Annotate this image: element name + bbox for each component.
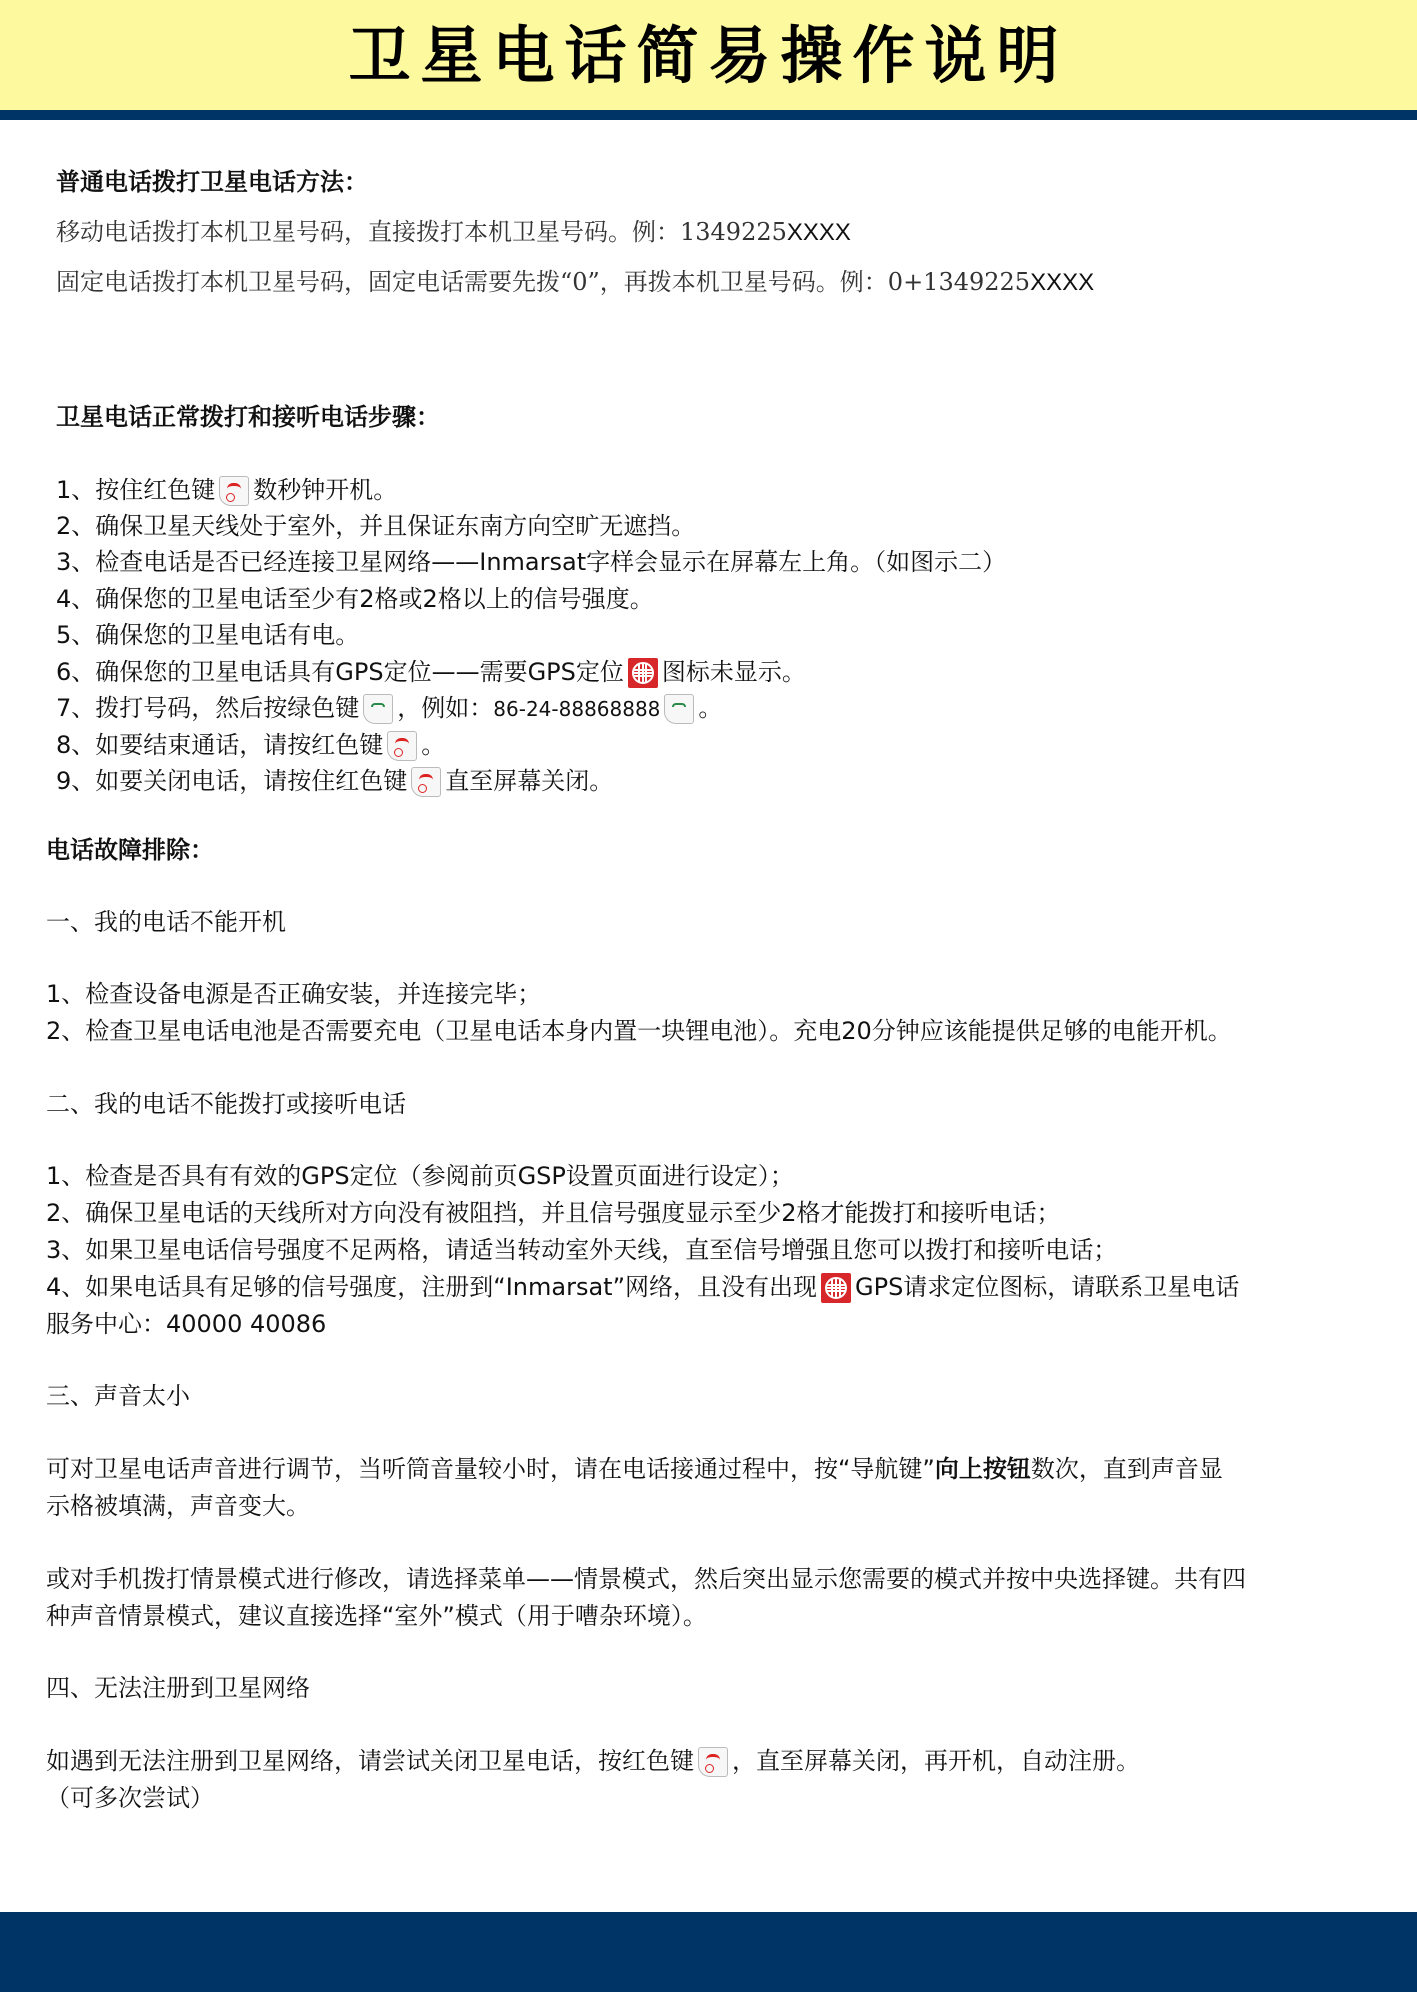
troubleshooting-heading: 电话故障排除： bbox=[46, 833, 214, 867]
section-2-title: 二、我的电话不能拨打或接听电话 bbox=[46, 1087, 406, 1121]
service-center-line: 服务中心：40000 40086 bbox=[46, 1307, 326, 1341]
step-8: 8、如要结束通话，请按红色键。 bbox=[56, 728, 445, 762]
section-2-item-3: 3、如果卫星电话信号强度不足两格，请适当转动室外天线，直至信号增强且您可以拨打和… bbox=[46, 1233, 1117, 1267]
step-3: 3、检查电话是否已经连接卫星网络——Inmarsat字样会显示在屏幕左上角。（如… bbox=[56, 545, 1006, 579]
mobile-dialing-text: 移动电话拨打本机卫星号码，直接拨打本机卫星号码。例：1349225 bbox=[56, 218, 787, 246]
step-text: 数秒钟开机。 bbox=[253, 476, 397, 504]
green-key-icon bbox=[664, 694, 694, 724]
dialing-methods-heading: 普通电话拨打卫星电话方法： bbox=[56, 165, 368, 199]
step-2: 2、确保卫星天线处于室外，并且保证东南方向空旷无遮挡。 bbox=[56, 509, 695, 543]
step-text: 1、按住红色键 bbox=[56, 476, 215, 504]
section-3-para-2: 或对手机拨打情景模式进行修改，请选择菜单——情景模式，然后突出显示您需要的模式并… bbox=[46, 1562, 1246, 1596]
section-4-title: 四、无法注册到卫星网络 bbox=[46, 1671, 310, 1705]
landline-dialing-text: 固定电话拨打本机卫星号码，固定电话需要先拨“0”，再拨本机卫星号码。例：0+13… bbox=[56, 268, 1030, 296]
green-key-icon bbox=[363, 694, 393, 724]
section-3-para-1-line-2: 示格被填满，声音变大。 bbox=[46, 1489, 310, 1523]
section-1-title: 一、我的电话不能开机 bbox=[46, 905, 286, 939]
step-6: 6、确保您的卫星电话具有GPS定位——需要GPS定位图标未显示。 bbox=[56, 655, 806, 689]
para-text: 可对卫星电话声音进行调节，当听筒音量较小时，请在电话接通过程中，按“导航键” bbox=[46, 1455, 935, 1483]
gps-icon bbox=[628, 658, 658, 688]
mobile-dialing-line: 移动电话拨打本机卫星号码，直接拨打本机卫星号码。例：1349225XXXX bbox=[56, 215, 851, 250]
section-1-item-1: 1、检查设备电源是否正确安装，并连接完毕； bbox=[46, 977, 541, 1011]
section-2-item-2: 2、确保卫星电话的天线所对方向没有被阻挡，并且信号强度显示至少2格才能拨打和接听… bbox=[46, 1196, 1061, 1230]
example-number: 86-24-88868888 bbox=[493, 697, 660, 721]
step-5: 5、确保您的卫星电话有电。 bbox=[56, 618, 359, 652]
step-1: 1、按住红色键数秒钟开机。 bbox=[56, 473, 397, 507]
section-3-para-1: 可对卫星电话声音进行调节，当听筒音量较小时，请在电话接通过程中，按“导航键”向上… bbox=[46, 1452, 1223, 1486]
section-2-item-4: 4、如果电话具有足够的信号强度，注册到“Inmarsat”网络，且没有出现GPS… bbox=[46, 1270, 1239, 1304]
step-7: 7、拨打号码，然后按绿色键，例如：86-24-88868888。 bbox=[56, 691, 722, 726]
step-text: 。 bbox=[698, 694, 722, 722]
landline-number-suffix: XXXX bbox=[1030, 269, 1094, 296]
section-1-item-2: 2、检查卫星电话电池是否需要充电（卫星电话本身内置一块锂电池）。充电20分钟应该… bbox=[46, 1014, 1232, 1048]
item-text: GPS请求定位图标，请联系卫星电话 bbox=[855, 1273, 1239, 1301]
step-text: 8、如要结束通话，请按红色键 bbox=[56, 731, 383, 759]
step-9: 9、如要关闭电话，请按住红色键直至屏幕关闭。 bbox=[56, 764, 613, 798]
steps-heading: 卫星电话正常拨打和接听电话步骤： bbox=[56, 400, 440, 434]
item-text: 4、如果电话具有足够的信号强度，注册到“Inmarsat”网络，且没有出现 bbox=[46, 1273, 817, 1301]
red-key-icon bbox=[698, 1747, 728, 1777]
landline-dialing-line: 固定电话拨打本机卫星号码，固定电话需要先拨“0”，再拨本机卫星号码。例：0+13… bbox=[56, 265, 1094, 300]
step-text: 9、如要关闭电话，请按住红色键 bbox=[56, 767, 407, 795]
section-4-para-line-2: （可多次尝试） bbox=[46, 1781, 214, 1815]
para-text: 数次，直到声音显 bbox=[1031, 1455, 1223, 1483]
mobile-number-suffix: XXXX bbox=[787, 219, 851, 246]
section-4-para: 如遇到无法注册到卫星网络，请尝试关闭卫星电话，按红色键，直至屏幕关闭，再开机，自… bbox=[46, 1744, 1140, 1778]
section-3-title: 三、声音太小 bbox=[46, 1379, 190, 1413]
page-title: 卫星电话简易操作说明 bbox=[0, 14, 1417, 98]
red-key-icon bbox=[219, 476, 249, 506]
step-4: 4、确保您的卫星电话至少有2格或2格以上的信号强度。 bbox=[56, 582, 654, 616]
title-banner: 卫星电话简易操作说明 bbox=[0, 0, 1417, 110]
header-divider-bar bbox=[0, 110, 1417, 120]
step-text: 。 bbox=[421, 731, 445, 759]
step-text: 图标未显示。 bbox=[662, 658, 806, 686]
step-text: 7、拨打号码，然后按绿色键 bbox=[56, 694, 359, 722]
red-key-icon bbox=[387, 731, 417, 761]
red-key-icon bbox=[411, 767, 441, 797]
step-text: ，例如： bbox=[397, 694, 493, 722]
section-2-item-1: 1、检查是否具有有效的GPS定位（参阅前页GSP设置页面进行设定）； bbox=[46, 1159, 794, 1193]
gps-icon bbox=[821, 1273, 851, 1303]
para-text: 如遇到无法注册到卫星网络，请尝试关闭卫星电话，按红色键 bbox=[46, 1747, 694, 1775]
up-button-emphasis: 向上按钮 bbox=[935, 1455, 1031, 1483]
section-3-para-2-line-2: 种声音情景模式，建议直接选择“室外”模式（用于嘈杂环境）。 bbox=[46, 1599, 707, 1633]
step-text: 6、确保您的卫星电话具有GPS定位——需要GPS定位 bbox=[56, 658, 624, 686]
step-text: 直至屏幕关闭。 bbox=[445, 767, 613, 795]
para-text: ，直至屏幕关闭，再开机，自动注册。 bbox=[732, 1747, 1140, 1775]
footer-bar bbox=[0, 1912, 1417, 1992]
